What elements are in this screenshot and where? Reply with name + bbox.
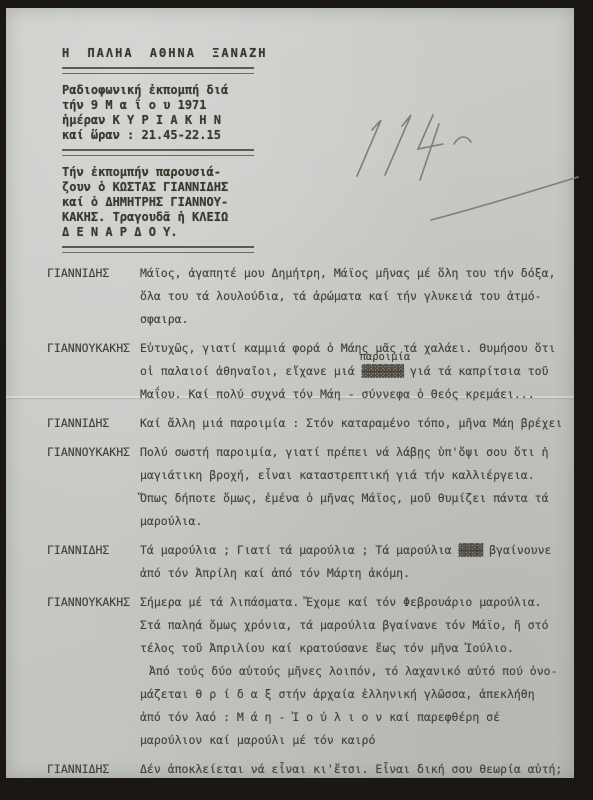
speaker-label: ΓΙΑΝΝΙΔΗΣ xyxy=(47,262,140,331)
dialogue-line: ὅλα του τά λουλούδια, τά ἀρώματα καί τήν… xyxy=(140,285,575,308)
dialogue-line: μαρούλιον καί μαρούλι μέ τόν καιρό xyxy=(140,729,575,752)
dialogue-line: μαγιάτικη βροχή, εἶναι καταστρεπτική γιά… xyxy=(140,464,575,487)
dialogue-line: Σήμερα μέ τά λιπάσματα. Ἔχομε καί τόν Φε… xyxy=(140,591,575,614)
dialogue-block: ΓΙΑΝΝΙΔΗΣ Μάϊος, ἀγαπητέ μου Δημήτρη, Μά… xyxy=(47,262,575,331)
speaker-label: ΓΙΑΝΝΟΥΚΑΚΗΣ xyxy=(47,591,140,752)
struck-out-word: παροιμία▓▓▓▓▓▓▓ xyxy=(362,364,403,378)
broadcast-info-line: καί ὥραν : 21.45-22.15 xyxy=(62,128,272,143)
presenters-line: ΚΑΚΗΣ. Τραγουδᾶ ἡ ΚΛΕΙΩ xyxy=(62,210,272,225)
handwritten-digit-1 xyxy=(385,115,411,175)
presenters-line: ζουν ὁ ΚΩΣΤΑΣ ΓΙΑΝΝΙΔΗΣ xyxy=(62,180,272,195)
dialogue-line: μαρούλια. xyxy=(140,510,575,533)
handwritten-digit-1 xyxy=(357,120,381,176)
dialogue-line: τέλος τοῦ Ἀπριλίου καί κρατούσανε ἕως τό… xyxy=(140,637,575,660)
double-rule xyxy=(62,67,254,74)
header-stamp: Η ΠΑΛΗΑ ΑΘΗΝΑ ΞΑΝΑΖΗ Ραδιοφωνική ἐκπομπή… xyxy=(62,46,272,262)
dialogue-line: Δέν ἀποκλείεται νά εἶναι κι'ἔτσι. Εἶναι … xyxy=(140,758,575,781)
scanned-typewritten-page: { "colors": { "paper": "#c7c9c5", "ink":… xyxy=(0,0,593,800)
dialogue-script: ΓΙΑΝΝΙΔΗΣ Μάϊος, ἀγαπητέ μου Δημήτρη, Μά… xyxy=(47,262,575,787)
dialogue-line-with-correction: οἱ παλαιοί ἀθηναῖοι, εἴχανε μιά παροιμία… xyxy=(140,360,575,383)
dialogue-line: Ὅπως δήποτε ὅμως, ἐμένα ὁ μῆνας Μάϊος, μ… xyxy=(140,487,575,510)
dialogue-block: ΓΙΑΝΝΙΔΗΣ Δέν ἀποκλείεται νά εἶναι κι'ἔτ… xyxy=(47,758,575,781)
speaker-label: ΓΙΑΝΝΙΔΗΣ xyxy=(47,758,140,781)
handwritten-digit-4 xyxy=(418,115,443,180)
dialogue-line: Μαΐου. Καί πολύ συχνά τόν Μάη - σύννεφα … xyxy=(140,383,575,406)
speaker-label: ΓΙΑΝΝΟΥΚΑΚΗΣ xyxy=(47,337,140,406)
handwritten-annotation-114 xyxy=(336,106,586,231)
dialogue-line: ἀπό τόν Ἀπρίλη καί ἀπό τόν Μάρτη ἀκόμη. xyxy=(140,562,575,585)
dialogue-block: ΓΙΑΝΝΙΔΗΣ Καί ἄλλη μιά παροιμία : Στόν κ… xyxy=(47,412,575,435)
dialogue-line: σφαιρα. xyxy=(140,308,575,331)
speaker-label: ΓΙΑΝΝΟΥΚΑΚΗΣ xyxy=(47,441,140,533)
presenters-line: καί ὁ ΔΗΜΗΤΡΗΣ ΓΙΑΝΝΟΥ- xyxy=(62,195,272,210)
dialogue-line: Μάϊος, ἀγαπητέ μου Δημήτρη, Μάϊος μῆνας … xyxy=(140,262,575,285)
double-rule xyxy=(62,149,254,156)
pencil-arc xyxy=(431,177,578,220)
dialogue-block: ΓΙΑΝΝΙΔΗΣ Τά μαρούλια ; Γιατί τά μαρούλι… xyxy=(47,539,575,585)
dialogue-line: Ἀπό τούς δύο αὐτούς μῆνες λοιπόν, τό λαχ… xyxy=(140,660,575,683)
broadcast-info: Ραδιοφωνική ἐκπομπή διά τήν 9 Μ α ΐ ο υ … xyxy=(62,83,272,143)
dialogue-line-with-strike: Τά μαρούλια ; Γιατί τά μαρούλια ; Τά μαρ… xyxy=(140,539,575,562)
dialogue-block: ΓΙΑΝΝΟΥΚΑΚΗΣ Εὐτυχῶς, γιατί καμμιά φορά … xyxy=(47,337,575,406)
dialogue-block: ΓΙΑΝΝΟΥΚΑΚΗΣ Σήμερα μέ τά λιπάσματα. Ἔχο… xyxy=(47,591,575,752)
dialogue-line: Πολύ σωστή παροιμία, γιατί πρέπει νά λάβ… xyxy=(140,441,575,464)
double-rule xyxy=(62,246,254,253)
dialogue-line: Στά παληά ὅμως χρόνια, τά μαρούλια βγαίν… xyxy=(140,614,575,637)
speaker-label: ΓΙΑΝΝΙΔΗΣ xyxy=(47,412,140,435)
dialogue-block: ΓΙΑΝΝΟΥΚΑΚΗΣ Πολύ σωστή παροιμία, γιατί … xyxy=(47,441,575,533)
dialogue-line: Εὐτυχῶς, γιατί καμμιά φορά ὁ Μάης μᾶς τά… xyxy=(140,337,575,360)
handwritten-tail xyxy=(454,137,471,144)
presenters-line: Τήν ἐκπομπήν παρουσιά- xyxy=(62,165,272,180)
program-title: Η ΠΑΛΗΑ ΑΘΗΝΑ ΞΑΝΑΖΗ xyxy=(62,46,272,61)
broadcast-info-line: τήν 9 Μ α ΐ ο υ 1971 xyxy=(62,98,272,113)
speaker-label: ΓΙΑΝΝΙΔΗΣ xyxy=(47,539,140,585)
presenters-info: Τήν ἐκπομπήν παρουσιά- ζουν ὁ ΚΩΣΤΑΣ ΓΙΑ… xyxy=(62,165,272,240)
dialogue-line: ἀπό τόν λαό : Μ ά η - Ἰ ο ύ λ ι ο ν καί … xyxy=(140,706,575,729)
dialogue-line: μάζεται θ ρ ί δ α ξ στήν ἀρχαία ἑλληνική… xyxy=(140,683,575,706)
dialogue-line: Καί ἄλλη μιά παροιμία : Στόν καταραμένο … xyxy=(140,412,575,435)
struck-out-word: ▓▓▓▓ xyxy=(459,543,483,557)
presenters-line: Δ Ε Ν Α Ρ Δ Ο Υ. xyxy=(62,225,272,240)
broadcast-info-line: Ραδιοφωνική ἐκπομπή διά xyxy=(62,83,272,98)
typed-correction-above-line: παροιμία xyxy=(360,352,411,362)
document-page: Η ΠΑΛΗΑ ΑΘΗΝΑ ΞΑΝΑΖΗ Ραδιοφωνική ἐκπομπή… xyxy=(6,8,574,778)
broadcast-info-line: ἡμέραν Κ Υ Ρ Ι Α Κ Η Ν xyxy=(62,113,272,128)
